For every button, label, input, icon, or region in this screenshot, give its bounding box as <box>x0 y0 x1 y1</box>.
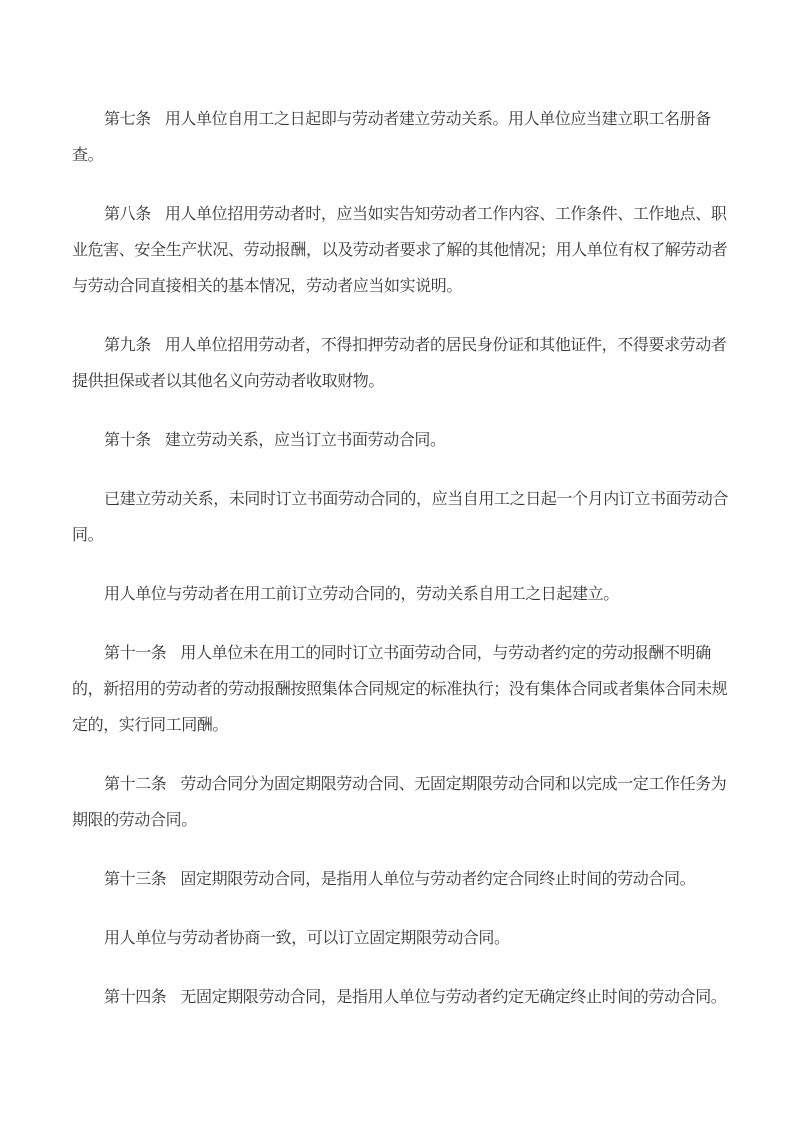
paragraph-text: 用人单位招用劳动者，不得扣押劳动者的居民身份证和其他证件，不得要求劳动者提供担保… <box>72 335 726 390</box>
article-number: 第十三条 <box>104 869 166 888</box>
paragraph-article-12: 第十二条劳动合同分为固定期限劳动合同、无固定期限劳动合同和以完成一定工作任务为期… <box>72 766 732 838</box>
paragraph-text: 用人单位未在用工的同时订立书面劳动合同，与劳动者约定的劳动报酬不明确的，新招用的… <box>72 643 727 734</box>
article-number: 第十一条 <box>104 643 166 662</box>
paragraph-text: 固定期限劳动合同，是指用人单位与劳动者约定合同终止时间的劳动合同。 <box>180 869 695 888</box>
paragraph-article-11: 第十一条用人单位未在用工的同时订立书面劳动合同，与劳动者约定的劳动报酬不明确的，… <box>72 635 732 743</box>
paragraph-text: 无固定期限劳动合同，是指用人单位与劳动者约定无确定终止时间的劳动合同。 <box>180 987 726 1006</box>
paragraph-article-7: 第七条用人单位自用工之日起即与劳动者建立劳动关系。用人单位应当建立职工名册备查。 <box>72 101 732 173</box>
paragraph-article-13-clause-2: 用人单位与劳动者协商一致，可以订立固定期限劳动合同。 <box>72 920 732 956</box>
article-number: 第九条 <box>104 335 151 354</box>
article-number: 第八条 <box>104 204 151 223</box>
paragraph-article-13: 第十三条固定期限劳动合同，是指用人单位与劳动者约定合同终止时间的劳动合同。 <box>72 861 732 897</box>
article-number: 第十二条 <box>104 774 166 793</box>
article-number: 第十四条 <box>104 987 166 1006</box>
paragraph-text: 用人单位招用劳动者时，应当如实告知劳动者工作内容、工作条件、工作地点、职业危害、… <box>72 204 727 295</box>
article-number: 第十条 <box>104 430 151 449</box>
paragraph-article-10-clause-2: 已建立劳动关系，未同时订立书面劳动合同的，应当自用工之日起一个月内订立书面劳动合… <box>72 481 732 553</box>
paragraph-text: 建立劳动关系，应当订立书面劳动合同。 <box>165 430 446 449</box>
paragraph-text: 用人单位与劳动者协商一致，可以订立固定期限劳动合同。 <box>104 928 510 947</box>
paragraph-article-9: 第九条用人单位招用劳动者，不得扣押劳动者的居民身份证和其他证件，不得要求劳动者提… <box>72 327 732 399</box>
paragraph-article-10: 第十条建立劳动关系，应当订立书面劳动合同。 <box>72 422 732 458</box>
paragraph-article-14: 第十四条无固定期限劳动合同，是指用人单位与劳动者约定无确定终止时间的劳动合同。 <box>72 979 752 1015</box>
paragraph-text: 劳动合同分为固定期限劳动合同、无固定期限劳动合同和以完成一定工作任务为期限的劳动… <box>72 774 726 829</box>
paragraph-text: 用人单位自用工之日起即与劳动者建立劳动关系。用人单位应当建立职工名册备查。 <box>72 109 711 164</box>
paragraph-text: 已建立劳动关系，未同时订立书面劳动合同的，应当自用工之日起一个月内订立书面劳动合… <box>72 489 728 544</box>
document-page: 第七条用人单位自用工之日起即与劳动者建立劳动关系。用人单位应当建立职工名册备查。… <box>72 101 732 1038</box>
paragraph-article-10-clause-3: 用人单位与劳动者在用工前订立劳动合同的，劳动关系自用工之日起建立。 <box>72 576 732 612</box>
article-number: 第七条 <box>104 109 151 128</box>
paragraph-text: 用人单位与劳动者在用工前订立劳动合同的，劳动关系自用工之日起建立。 <box>104 584 619 603</box>
paragraph-article-8: 第八条用人单位招用劳动者时，应当如实告知劳动者工作内容、工作条件、工作地点、职业… <box>72 196 732 304</box>
